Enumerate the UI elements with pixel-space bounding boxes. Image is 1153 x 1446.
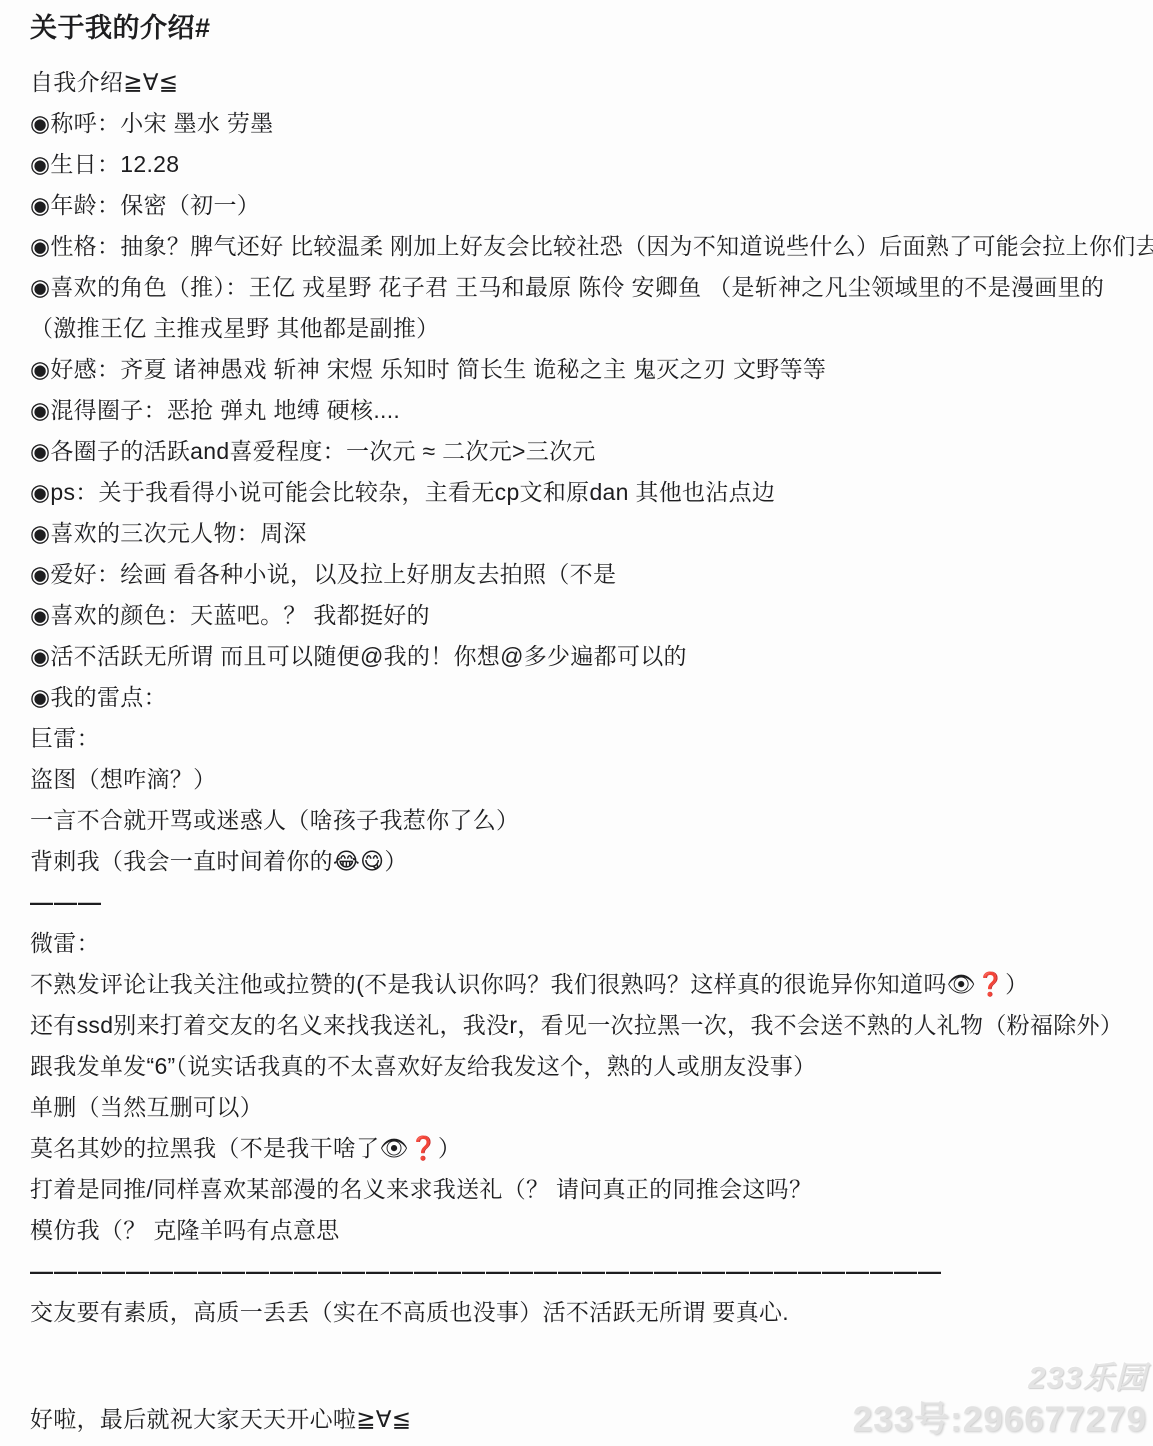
divider-line: ——————————————————————————————————————: [30, 1251, 1153, 1292]
text-line: ◉喜欢的颜色：天蓝吧。？ 我都挺好的: [30, 595, 1153, 636]
text-line: ◉年龄：保密（初一）: [30, 185, 1153, 226]
text-line: 打着是同推/同样喜欢某部漫的名义来求我送礼（？ 请问真正的同推会这吗？: [30, 1169, 1153, 1210]
text-line: （激推王亿 主推戎星野 其他都是副推）: [30, 308, 1153, 349]
text-line: 莫名其妙的拉黑我（不是我干啥了👁❓）: [30, 1128, 1153, 1169]
text-line: ◉喜欢的三次元人物：周深: [30, 513, 1153, 554]
text-line: 盗图（想咋滴？）: [30, 759, 1153, 800]
text-line: ◉好感：齐夏 诸神愚戏 斩神 宋煜 乐知时 简长生 诡秘之主 鬼灭之刃 文野等等: [30, 349, 1153, 390]
text-line: 背刺我（我会一直时间着你的😂😋）: [30, 841, 1153, 882]
text-line: 还有ssd别来打着交友的名义来找我送礼，我没r，看见一次拉黑一次，我不会送不熟的…: [30, 1005, 1153, 1046]
text-line: 自我介绍≧∀≦: [30, 62, 1153, 103]
text-line: 交友要有素质，高质一丢丢（实在不高质也没事）活不活跃无所谓 要真心.: [30, 1292, 1153, 1333]
divider-line: ———: [30, 882, 1153, 923]
text-line: ◉混得圈子：恶抢 弹丸 地缚 硬核....: [30, 390, 1153, 431]
text-line: ◉生日：12.28: [30, 144, 1153, 185]
text-line: 模仿我（？ 克隆羊吗有点意思: [30, 1210, 1153, 1251]
document-page: 关于我的介绍# 自我介绍≧∀≦◉称呼：小宋 墨水 劳墨◉生日：12.28◉年龄：…: [0, 0, 1153, 1440]
text-line: ◉称呼：小宋 墨水 劳墨: [30, 103, 1153, 144]
page-title: 关于我的介绍#: [30, 8, 1153, 48]
app-watermark-id: 233号:296677279: [853, 1392, 1147, 1442]
text-line: ◉喜欢的角色（推）：王亿 戎星野 花子君 王马和最原 陈伶 安卿鱼 （是斩神之凡…: [30, 267, 1153, 308]
text-line: 巨雷：: [30, 718, 1153, 759]
text-line: 跟我发单发“6”（说实话我真的不太喜欢好友给我发这个，熟的人或朋友没事）: [30, 1046, 1153, 1087]
text-line: ◉各圈子的活跃and喜爱程度：一次元 ≈ 二次元>三次元: [30, 431, 1153, 472]
text-line: 不熟发评论让我关注他或拉赞的(不是我认识你吗？我们很熟吗？这样真的很诡异你知道吗…: [30, 964, 1153, 1005]
document-body: 自我介绍≧∀≦◉称呼：小宋 墨水 劳墨◉生日：12.28◉年龄：保密（初一）◉性…: [30, 62, 1153, 1440]
app-watermark-logo: 233乐园: [1028, 1352, 1147, 1397]
text-line: 单删（当然互删可以）: [30, 1087, 1153, 1128]
text-line: 一言不合就开骂或迷惑人（啥孩子我惹你了么）: [30, 800, 1153, 841]
text-line: 微雷：: [30, 923, 1153, 964]
text-line: ◉ps：关于我看得小说可能会比较杂，主看无cp文和原dan 其他也沾点边: [30, 472, 1153, 513]
text-line: ◉性格：抽象？脾气还好 比较温柔 刚加上好友会比较社恐（因为不知道说些什么）后面…: [30, 226, 1153, 267]
text-line: ◉爱好：绘画 看各种小说，以及拉上好朋友去拍照（不是: [30, 554, 1153, 595]
text-line: ◉我的雷点：: [30, 677, 1153, 718]
text-line: ◉活不活跃无所谓 而且可以随便@我的！你想@多少遍都可以的: [30, 636, 1153, 677]
